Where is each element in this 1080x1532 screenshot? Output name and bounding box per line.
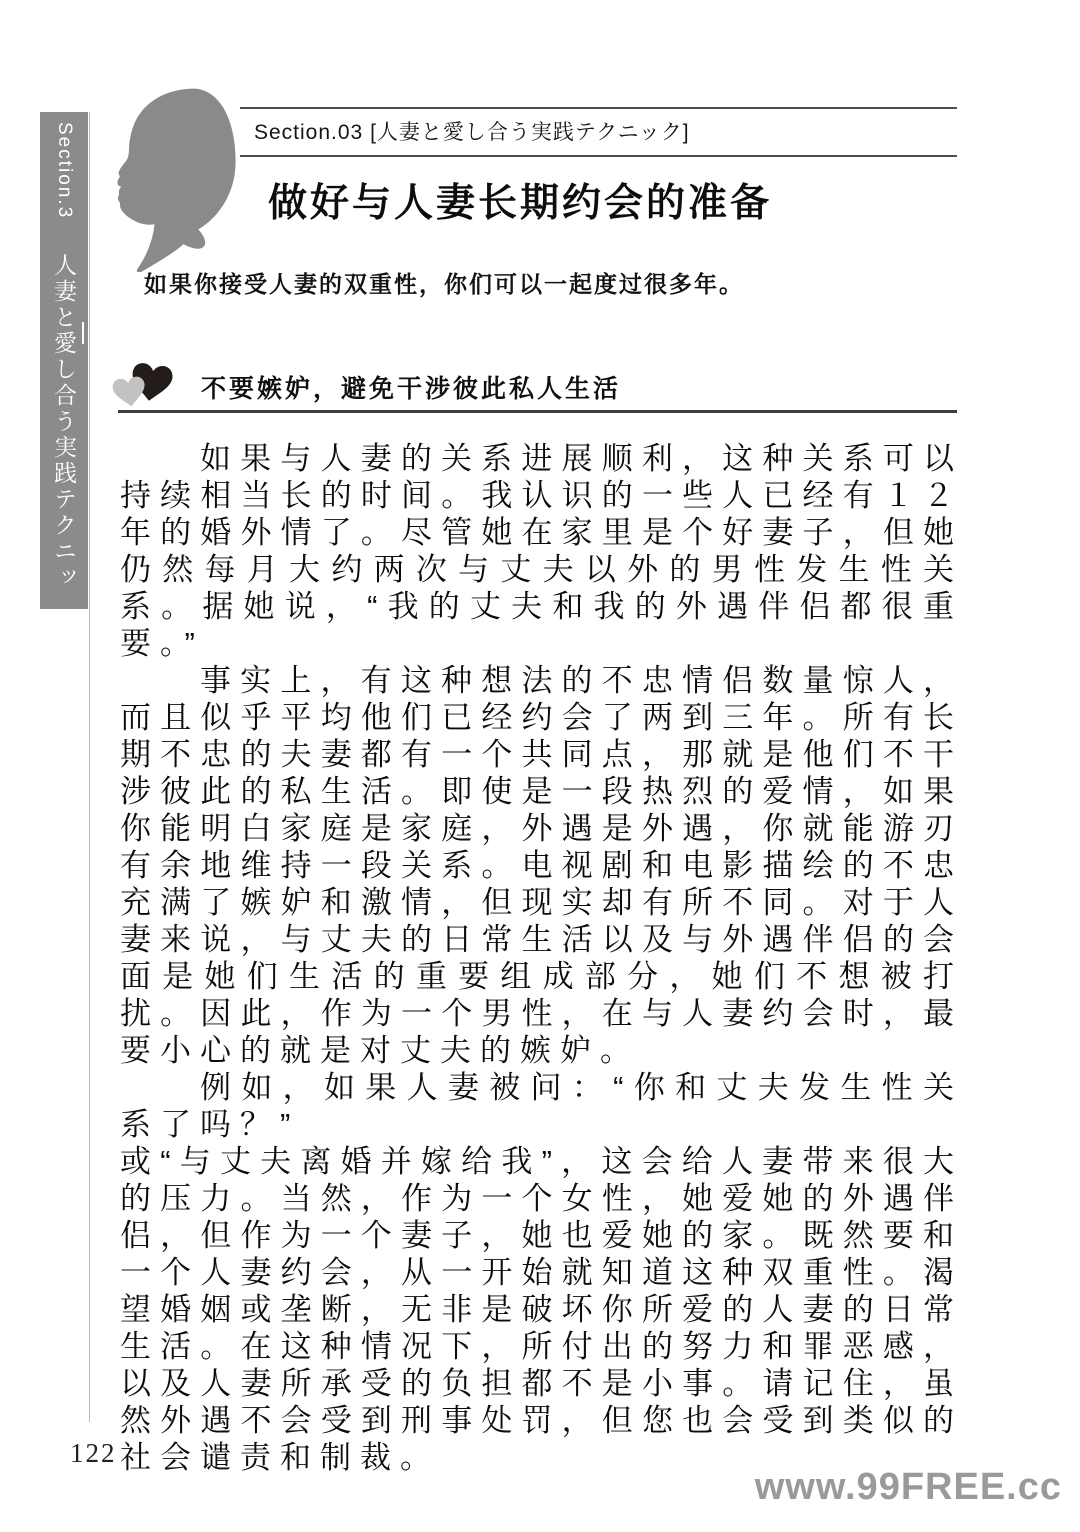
page-subtitle: 如果你接受人妻的双重性，你们可以一起度过很多年。	[144, 266, 744, 299]
body-text: 如果与人妻的关系进展顺利，这种关系可以持续相当长的时间。我认识的一些人已经有１２…	[120, 440, 963, 1476]
subheading-rule	[118, 410, 957, 413]
page-title: 做好与人妻长期约会的准备	[268, 172, 772, 228]
left-margin-rule	[89, 112, 90, 1422]
sidebar-separator-line	[82, 322, 84, 344]
paragraph: 事实上，有这种想法的不忠情侣数量惊人，而且似乎平均他们已经约会了两到三年。所有长…	[120, 662, 963, 1069]
section-sidebar: Section.3人妻と愛し合う実践テクニック	[40, 112, 88, 609]
header-rule-top	[240, 107, 957, 109]
paragraph: 例如，如果人妻被问：“你和丈夫发生性关系了吗？”	[120, 1069, 963, 1143]
sidebar-section-label: Section.3	[54, 122, 75, 219]
woman-silhouette-icon	[110, 86, 252, 272]
subheading: 不要嫉妒，避免干涉彼此私人生活	[201, 369, 621, 405]
sidebar-vertical-text: Section.3人妻と愛し合う実践テクニック	[40, 112, 88, 609]
double-hearts-icon	[112, 354, 174, 414]
page-number: 122	[70, 1438, 117, 1469]
book-page: Section.3人妻と愛し合う実践テクニック Section.03 [人妻と愛…	[0, 0, 1080, 1532]
paragraph: 如果与人妻的关系进展顺利，这种关系可以持续相当长的时间。我认识的一些人已经有１２…	[120, 440, 963, 662]
section-kicker: Section.03 [人妻と愛し合う実践テクニック]	[254, 116, 690, 146]
watermark: www.99FREE.cc	[755, 1466, 1062, 1509]
paragraph: 或“与丈夫离婚并嫁给我”，这会给人妻带来很大的压力。当然，作为一个女性，她爱她的…	[120, 1143, 963, 1476]
header-rule-bottom	[240, 155, 957, 157]
